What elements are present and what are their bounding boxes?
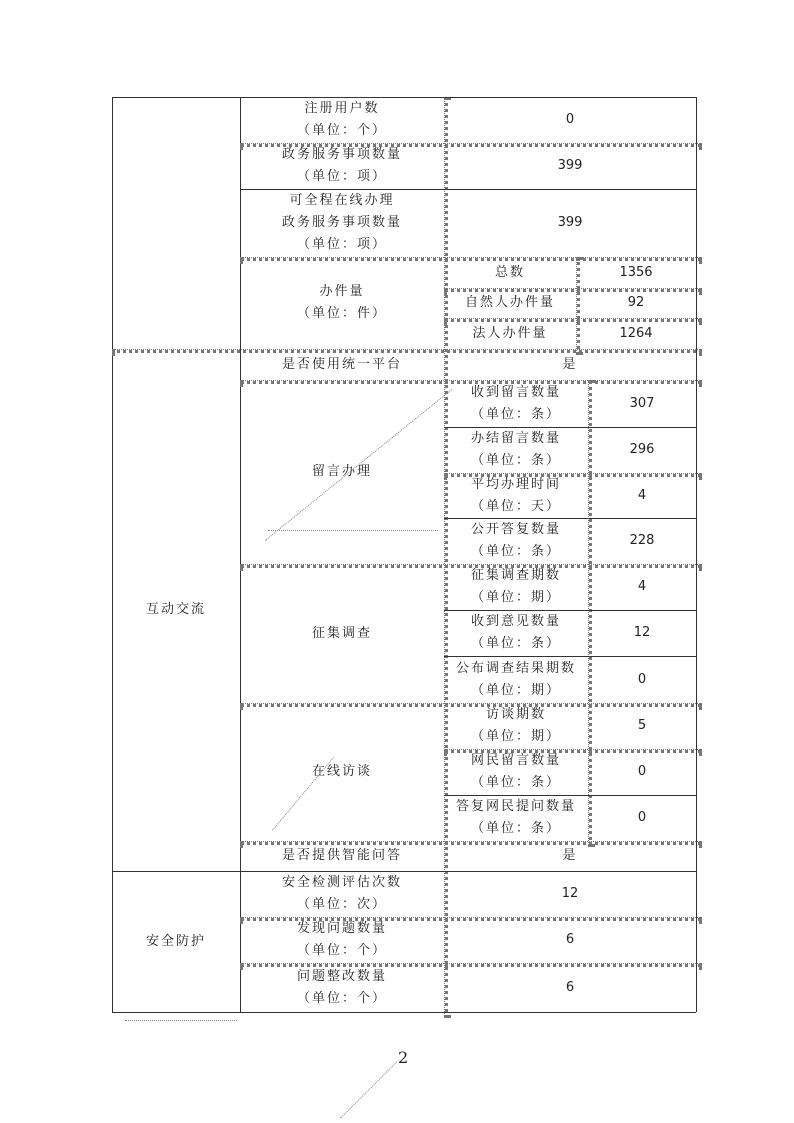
online-service-items-label: 可全程在线办理 政务服务事项数量 （单位：项） <box>240 189 444 257</box>
interview-periods-value: 5 <box>588 703 696 749</box>
public-replies-label: 公开答复数量 （单位：条） <box>444 518 588 564</box>
cases-legal-value: 1264 <box>576 318 696 349</box>
label-text: 答复网民提问数量 <box>456 796 576 818</box>
label-text: 公布调查结果期数 <box>456 658 576 680</box>
unified-platform-value: 是 <box>444 349 696 380</box>
opinions-received-value: 12 <box>588 610 696 656</box>
messages-received-label: 收到留言数量 （单位：条） <box>444 380 588 427</box>
table-border-right <box>696 97 697 1012</box>
survey-label: 征集调查 <box>240 564 444 703</box>
messages-closed-label: 办结留言数量 （单位：条） <box>444 427 588 473</box>
unit-text: （单位：条） <box>471 633 561 655</box>
unit-text: （单位：个） <box>297 940 387 962</box>
scan-artifact-line <box>125 1020 237 1021</box>
unit-text: （单位：条） <box>471 450 561 472</box>
service-items-label: 政务服务事项数量 （单位：项） <box>240 143 444 189</box>
avg-handling-time-label: 平均办理时间 （单位：天） <box>444 473 588 518</box>
unit-text: （单位：项） <box>297 166 387 188</box>
public-replies-value: 228 <box>588 518 696 564</box>
label-text: 征集调查期数 <box>471 565 561 587</box>
label-text: 政务服务事项数量 <box>282 144 402 166</box>
security-checks-value: 12 <box>444 871 696 917</box>
label-text: 平均办理时间 <box>471 474 561 496</box>
label-text: 收到意见数量 <box>471 611 561 633</box>
table-border-bottom <box>112 1012 696 1013</box>
unit-text: （单位：期） <box>471 587 561 609</box>
label-text: 访谈期数 <box>486 704 546 726</box>
survey-results-value: 0 <box>588 656 696 703</box>
survey-periods-label: 征集调查期数 （单位：期） <box>444 564 588 610</box>
netizen-messages-label: 网民留言数量 （单位：条） <box>444 749 588 795</box>
unit-text: （单位：期） <box>471 726 561 748</box>
issues-found-value: 6 <box>444 917 696 963</box>
issues-fixed-value: 6 <box>444 963 696 1012</box>
scan-artifact-line <box>268 530 438 531</box>
cases-natural-value: 92 <box>576 288 696 318</box>
netizen-messages-value: 0 <box>588 749 696 795</box>
survey-periods-value: 4 <box>588 564 696 610</box>
unit-text: （单位：个） <box>297 988 387 1010</box>
issues-fixed-label: 问题整改数量 （单位：个） <box>240 963 444 1012</box>
unit-text: （单位：次） <box>297 894 387 916</box>
page-number: 2 <box>398 1048 408 1067</box>
service-items-value: 399 <box>444 143 696 189</box>
interaction-category: 互动交流 <box>112 349 240 871</box>
label-text: 发现问题数量 <box>297 918 387 940</box>
label-text: 注册用户数 <box>304 98 379 120</box>
cases-legal-label: 法人办件量 <box>444 318 576 349</box>
label-line1: 可全程在线办理 <box>289 190 394 212</box>
unit-text: （单位：期） <box>471 680 561 702</box>
unit-text: （单位：条） <box>471 772 561 794</box>
cases-natural-label: 自然人办件量 <box>444 288 576 318</box>
label-text: 网民留言数量 <box>471 750 561 772</box>
registered-users-label: 注册用户数 （单位：个） <box>240 97 444 143</box>
security-category: 安全防护 <box>112 871 240 1012</box>
unit-text: （单位：天） <box>471 496 561 518</box>
messages-received-value: 307 <box>588 380 696 427</box>
label-text: 政务服务事项数量 <box>282 212 402 234</box>
smart-qa-label: 是否提供智能问答 <box>240 841 444 871</box>
unified-platform-label: 是否使用统一平台 <box>240 349 444 380</box>
unit-text: （单位：条） <box>471 541 561 563</box>
unit-text: （单位：条） <box>471 404 561 426</box>
netizen-replies-label: 答复网民提问数量 （单位：条） <box>444 795 588 841</box>
unit-text: （单位：件） <box>297 303 387 325</box>
label-text: 安全检测评估次数 <box>282 872 402 894</box>
avg-handling-time-value: 4 <box>588 473 696 518</box>
unit-text: （单位：项） <box>297 234 387 256</box>
unit-text: （单位：条） <box>471 818 561 840</box>
cases-total-label: 总数 <box>444 257 576 288</box>
registered-users-value: 0 <box>444 97 696 143</box>
interview-label: 在线访谈 <box>240 703 444 841</box>
survey-results-label: 公布调查结果期数 （单位：期） <box>444 656 588 703</box>
online-service-items-value: 399 <box>444 189 696 257</box>
netizen-replies-value: 0 <box>588 795 696 841</box>
label-text: 公开答复数量 <box>471 519 561 541</box>
smart-qa-value: 是 <box>444 841 696 871</box>
interview-periods-label: 访谈期数 （单位：期） <box>444 703 588 749</box>
security-checks-label: 安全检测评估次数 （单位：次） <box>240 871 444 917</box>
label-text: 办件量 <box>319 281 364 303</box>
messages-closed-value: 296 <box>588 427 696 473</box>
scan-artifact-line <box>340 1061 397 1118</box>
label-text: 问题整改数量 <box>297 966 387 988</box>
cases-total-value: 1356 <box>576 257 696 288</box>
opinions-received-label: 收到意见数量 （单位：条） <box>444 610 588 656</box>
cases-label: 办件量 （单位：件） <box>240 257 444 349</box>
unit-text: （单位：个） <box>297 120 387 142</box>
label-text: 办结留言数量 <box>471 428 561 450</box>
label-text: 收到留言数量 <box>471 382 561 404</box>
issues-found-label: 发现问题数量 （单位：个） <box>240 917 444 963</box>
